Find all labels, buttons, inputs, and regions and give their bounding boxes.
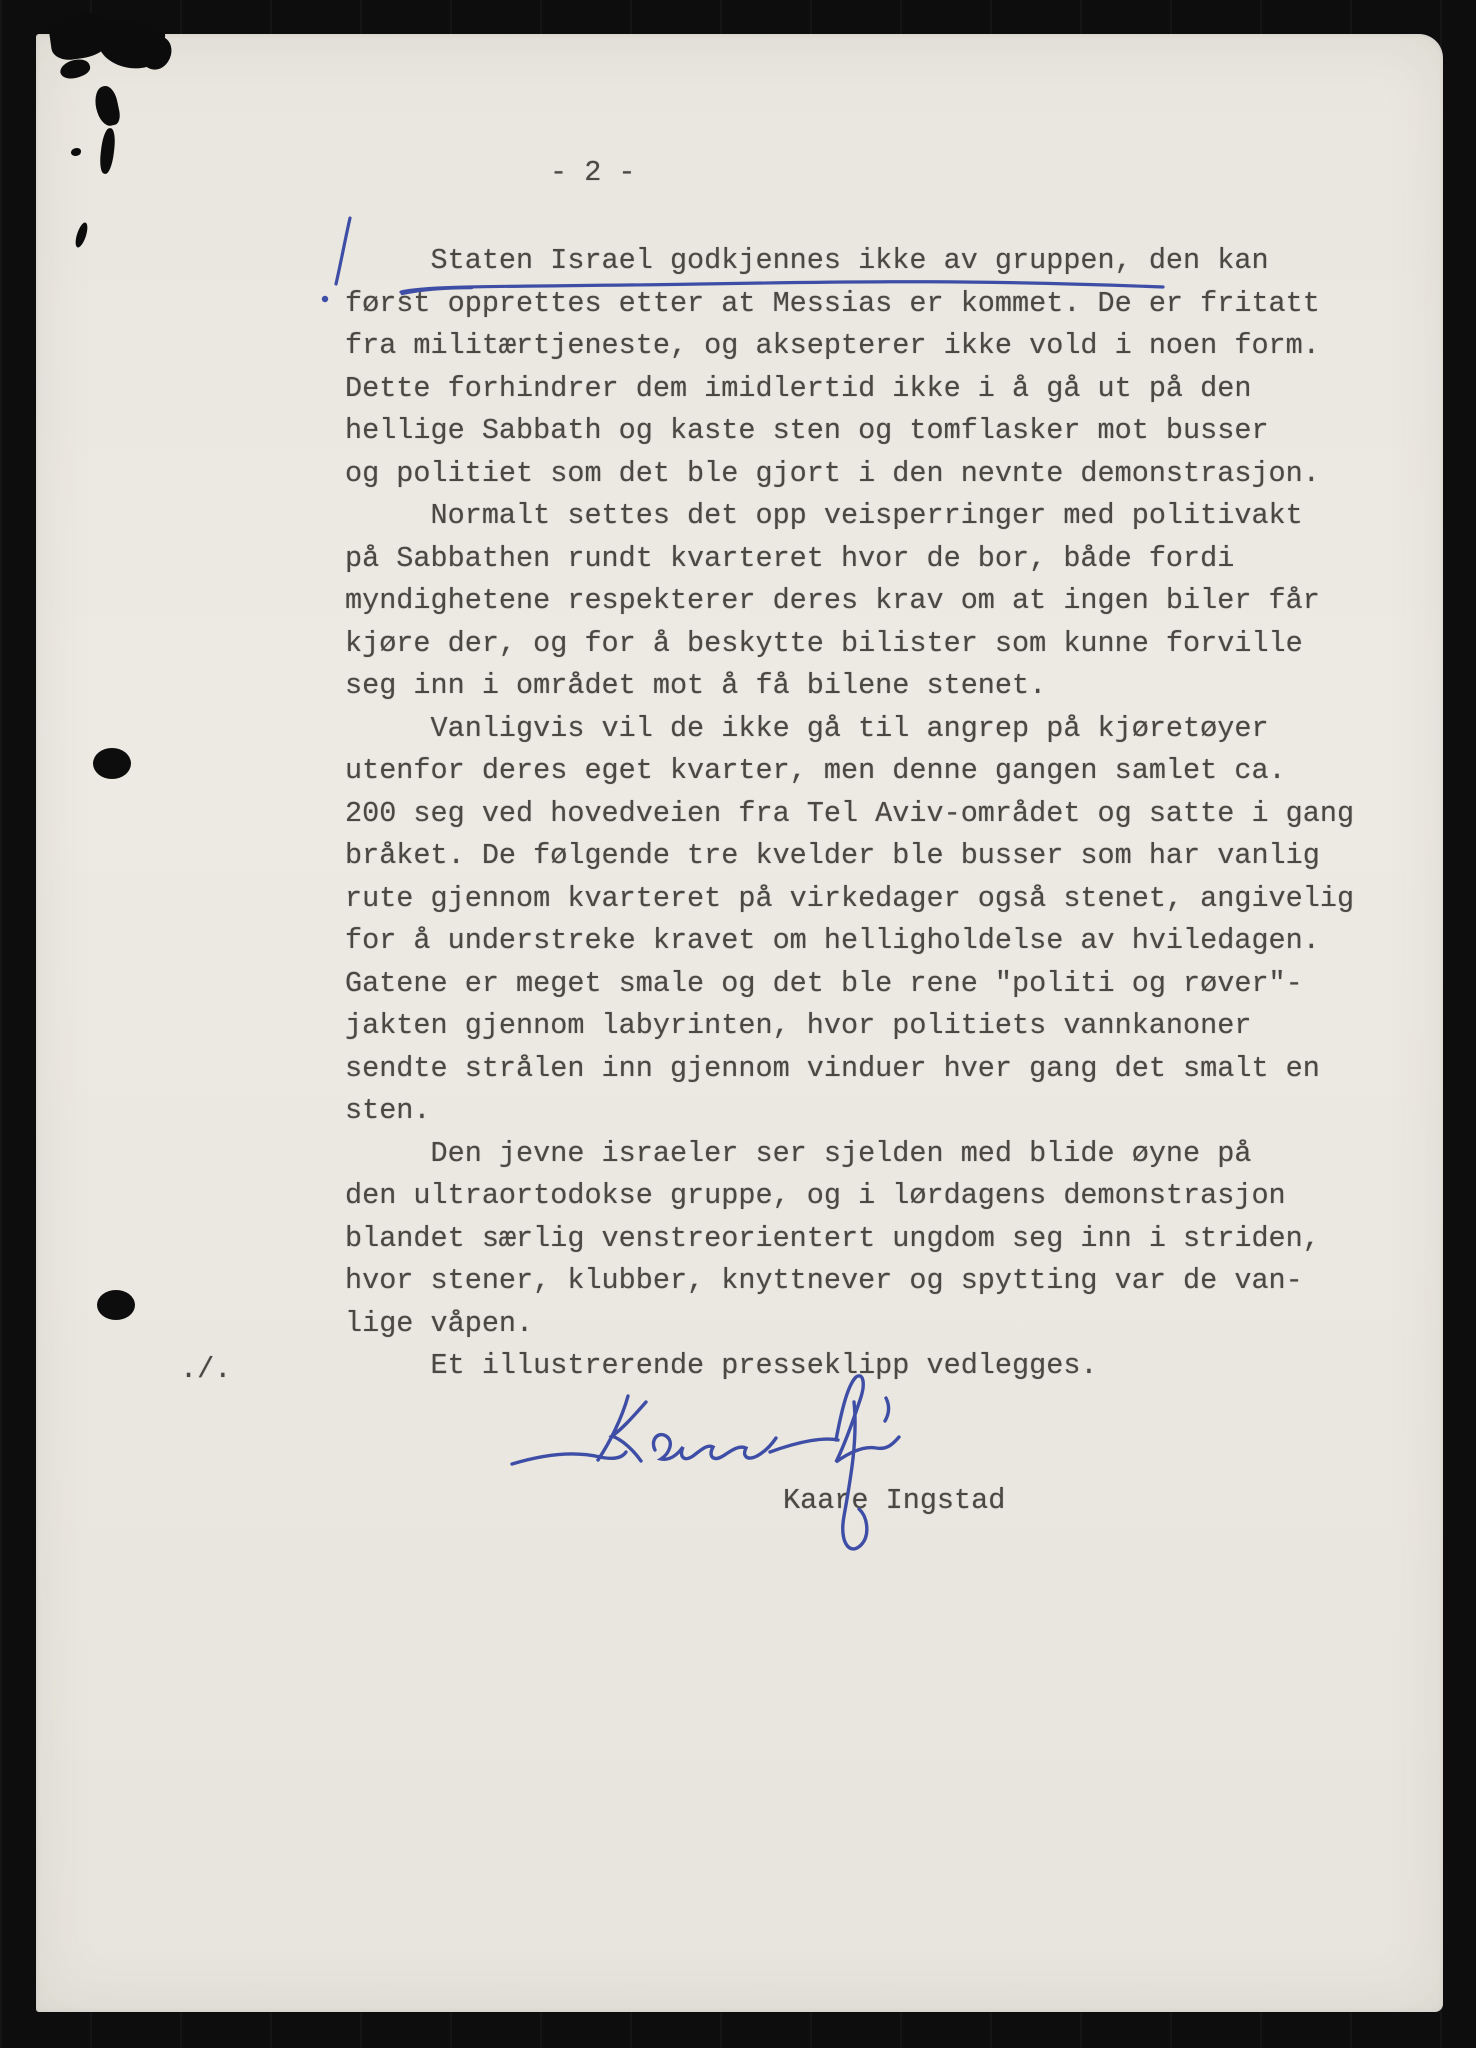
punch-hole	[93, 748, 131, 779]
attachment-mark: ./.	[180, 1349, 231, 1392]
page-number: - 2 -	[550, 152, 636, 195]
typed-signature-name: Kaare Ingstad	[783, 1480, 1005, 1523]
punch-hole	[97, 1290, 135, 1320]
body-text: Staten Israel godkjennes ikke av gruppen…	[345, 240, 1354, 1388]
scanned-document: - 2 - Staten Israel godkjennes ikke av g…	[0, 0, 1476, 2048]
